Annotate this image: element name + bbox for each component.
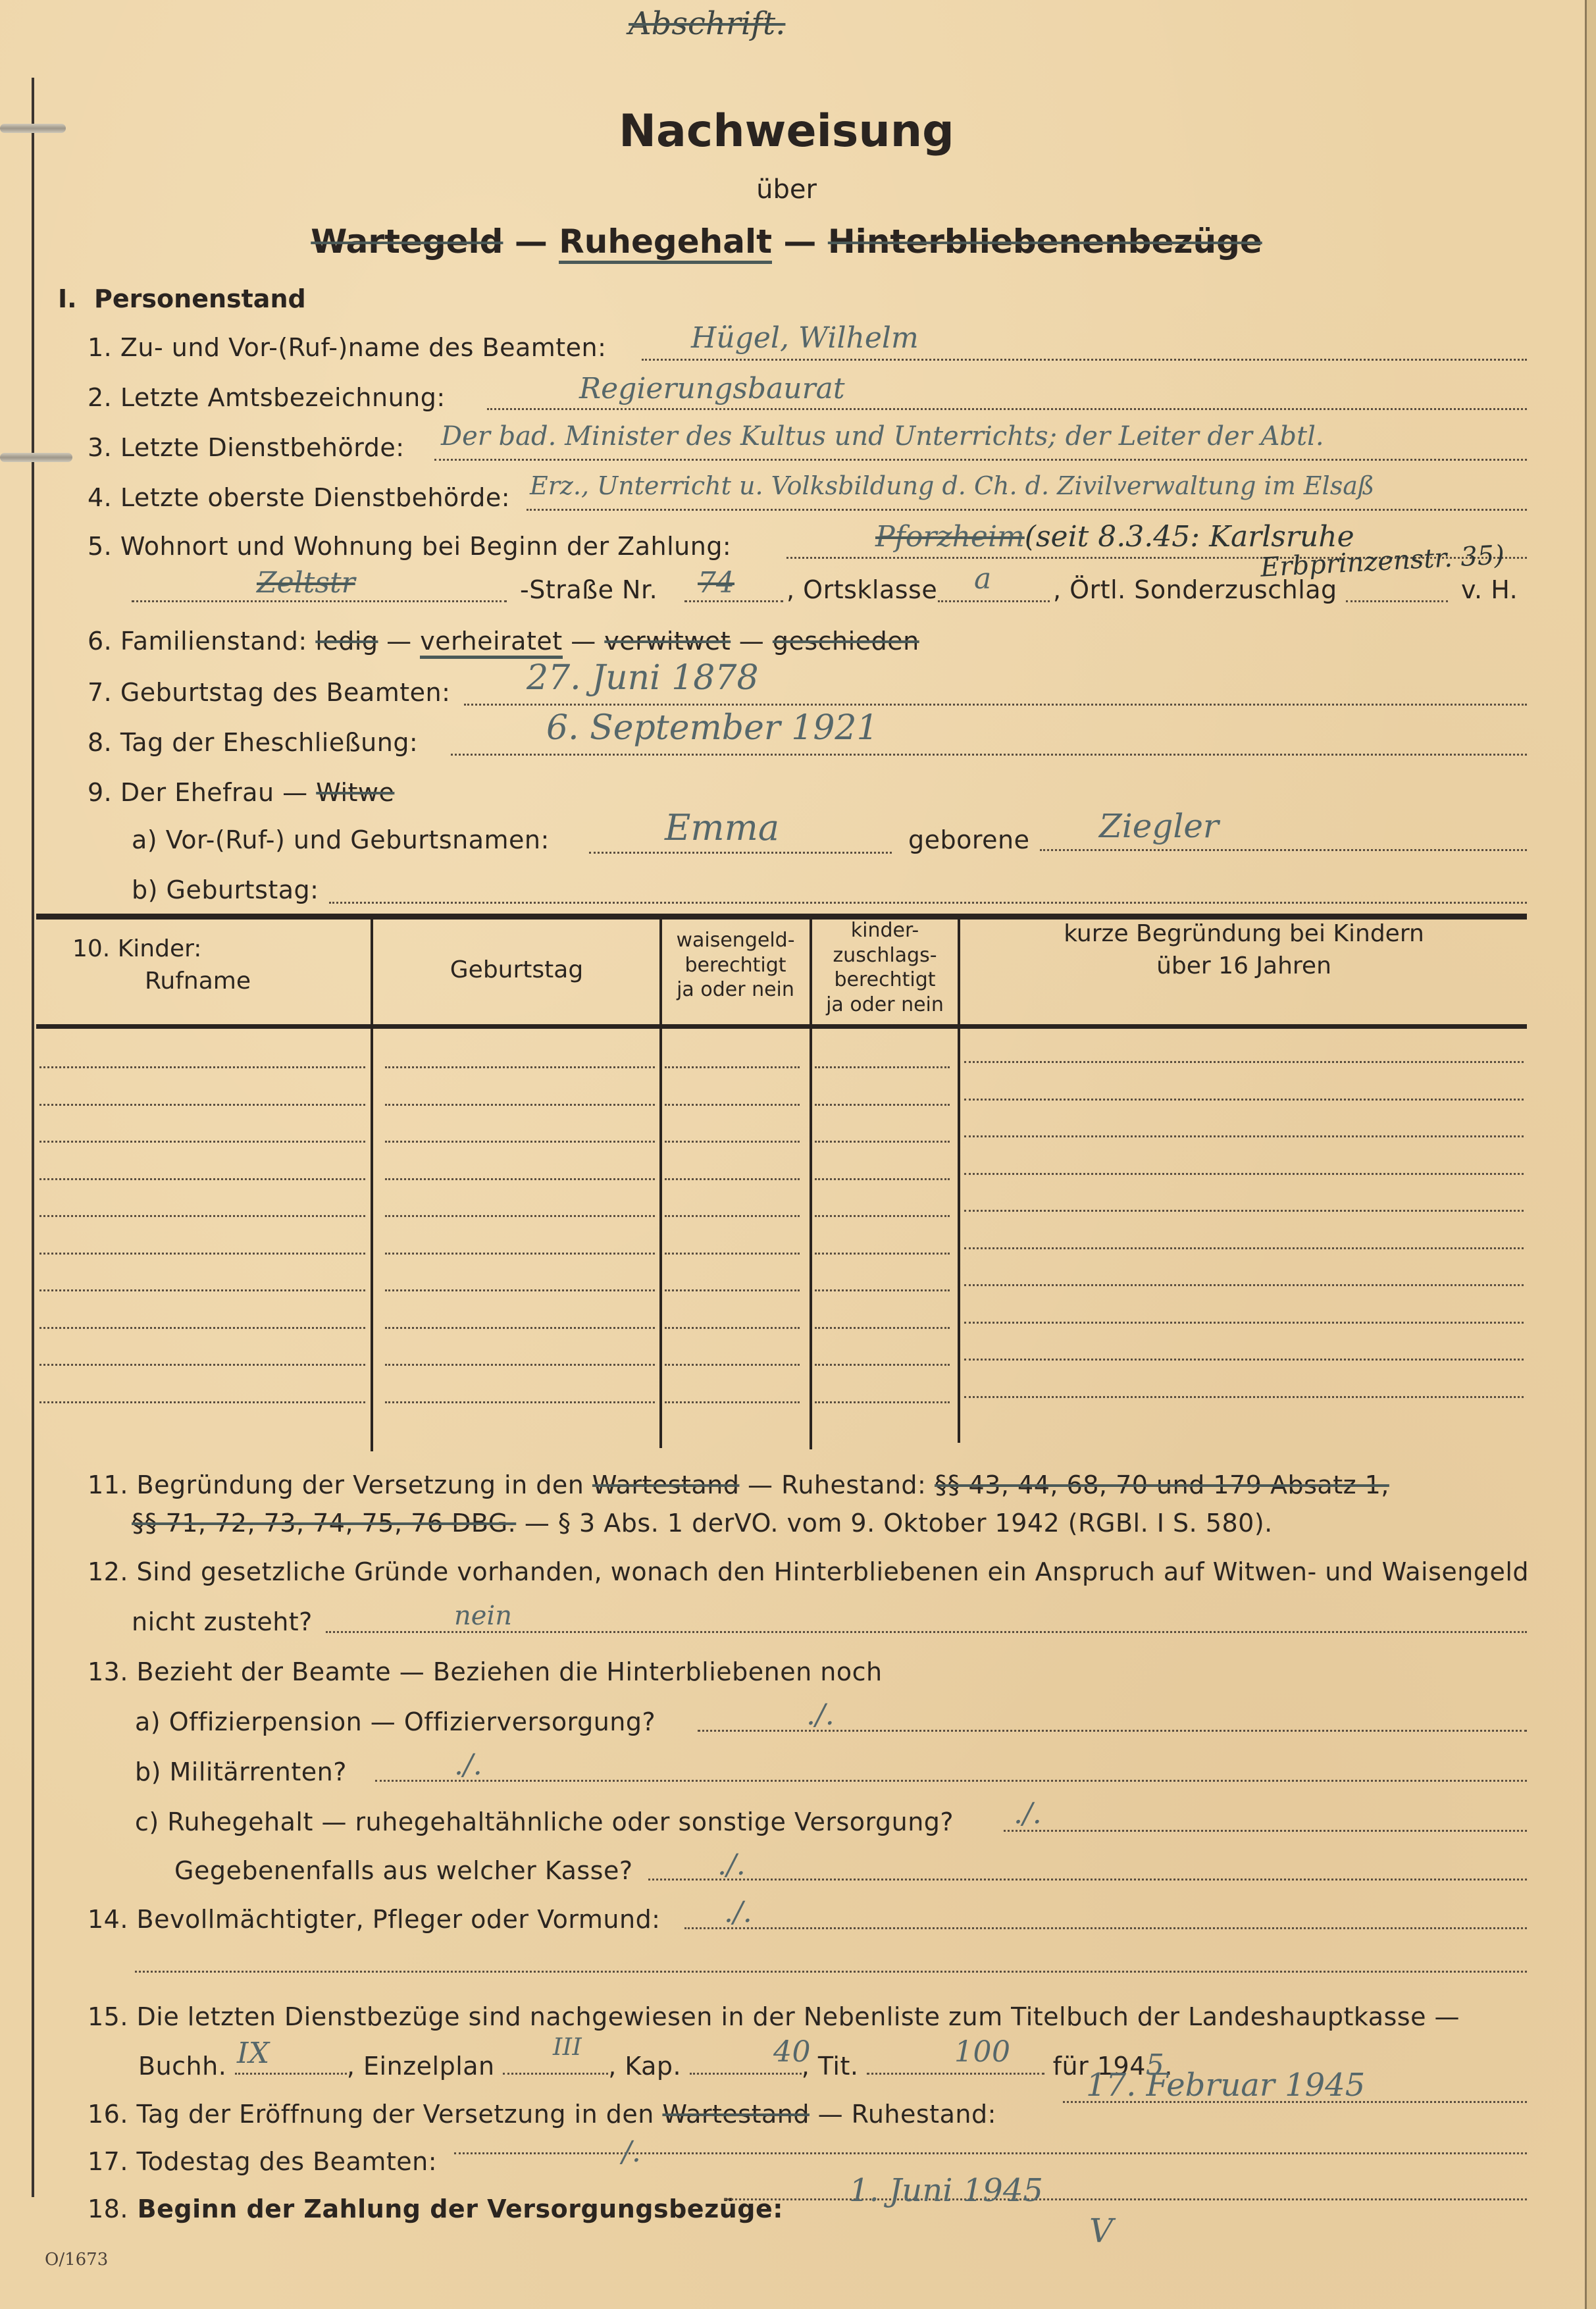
field-14-line2 <box>135 1971 1527 1973</box>
kinder-cell[interactable] <box>665 1104 800 1106</box>
tit-value[interactable]: 100 <box>954 2035 1010 2069</box>
field-12-text2: nicht zusteht? <box>132 1607 313 1636</box>
header-kinderzuschlag: kinder-zuschlags-berechtigtja oder nein <box>811 918 959 1017</box>
kinder-cell[interactable] <box>39 1364 365 1366</box>
field-13d-value[interactable]: ./. <box>717 1848 746 1882</box>
kinder-cell[interactable] <box>964 1135 1524 1137</box>
crossed-note: Abschrift. <box>629 5 785 42</box>
field-13c-label: c) Ruhegehalt — ruhegehaltähnliche oder … <box>135 1807 954 1836</box>
street-no-line <box>684 600 783 602</box>
field-11-line1: 11. Begründung der Versetzung in den War… <box>88 1470 1389 1499</box>
kinder-cell[interactable] <box>964 1099 1524 1101</box>
field-17-line <box>454 2152 1527 2154</box>
field-13b-value[interactable]: ./. <box>454 1748 482 1782</box>
header-rufname: 10. Kinder:Rufname <box>72 933 270 997</box>
kinder-cell[interactable] <box>964 1396 1524 1398</box>
kinder-cell[interactable] <box>385 1364 655 1366</box>
ortsklasse-line <box>938 600 1050 602</box>
field-5-value[interactable]: Pforzheim(seit 8.3.45: Karlsruhe <box>875 520 1354 554</box>
kinder-cell[interactable] <box>665 1253 800 1255</box>
form-number: O/1673 <box>45 2250 108 2270</box>
familienstand-verwitwet[interactable]: verwitwet <box>604 627 731 656</box>
kinder-cell[interactable] <box>815 1215 950 1217</box>
page-edge-line <box>1585 0 1587 2309</box>
field-13d-label: Gegebenenfalls aus welcher Kasse? <box>174 1856 633 1885</box>
field-8-line <box>451 754 1527 756</box>
kinder-cell[interactable] <box>815 1104 950 1106</box>
kinder-cell[interactable] <box>964 1247 1524 1249</box>
sonderzuschlag-label: , Örtl. Sonderzuschlag <box>1053 575 1337 604</box>
binding-string-bottom <box>0 453 72 462</box>
section-heading: I. Personenstand <box>58 284 306 313</box>
kinder-cell[interactable] <box>815 1141 950 1143</box>
kinder-cell[interactable] <box>385 1401 655 1403</box>
field-13d-line <box>648 1879 1527 1881</box>
kinder-cell[interactable] <box>964 1173 1524 1175</box>
kinder-cell[interactable] <box>665 1401 800 1403</box>
kinder-cell[interactable] <box>385 1104 655 1106</box>
field-12-line <box>326 1631 1527 1633</box>
field-3-line <box>434 459 1527 461</box>
kinder-cell[interactable] <box>665 1178 800 1180</box>
familienstand-geschieden[interactable]: geschieden <box>773 627 919 656</box>
kinder-cell[interactable] <box>964 1322 1524 1324</box>
street-line <box>132 600 507 602</box>
kinder-cell[interactable] <box>385 1178 655 1180</box>
field-16-value[interactable]: 17. Februar 1945 <box>1086 2067 1365 2104</box>
field-12-text: 12. Sind gesetzliche Gründe vorhanden, w… <box>88 1557 1529 1586</box>
field-8-value[interactable]: 6. September 1921 <box>546 708 879 748</box>
field-4-line <box>527 509 1527 511</box>
page-subtitle: über <box>0 174 1573 205</box>
field-3-label: 3. Letzte Dienstbehörde: <box>88 433 405 462</box>
field-13c-line <box>1004 1830 1527 1832</box>
kinder-cell[interactable] <box>385 1327 655 1329</box>
kinder-cell[interactable] <box>815 1066 950 1068</box>
geborene-value[interactable]: Ziegler <box>1099 807 1219 845</box>
type-wartegeld: Wartegeld <box>311 222 503 261</box>
kinder-cell[interactable] <box>665 1327 800 1329</box>
pension-type-line: Wartegeld — Ruhegehalt — Hinterbliebenen… <box>0 222 1573 261</box>
field-13c-value[interactable]: ./. <box>1014 1797 1042 1830</box>
field-8-label: 8. Tag der Eheschließung: <box>88 728 418 757</box>
field-6: 6. Familienstand: ledig — verheiratet — … <box>88 627 919 656</box>
kinder-cell[interactable] <box>385 1141 655 1143</box>
page-title: Nachweisung <box>0 105 1573 157</box>
header-waisengeld: waisengeld-berechtigtja oder nein <box>661 928 810 1002</box>
field-13a-value[interactable]: ./. <box>806 1698 835 1732</box>
ortsklasse-value[interactable]: a <box>974 562 991 596</box>
familienstand-ledig[interactable]: ledig <box>315 627 378 656</box>
kinder-cell[interactable] <box>385 1215 655 1217</box>
field-18-line <box>724 2198 1527 2200</box>
field-7-line <box>464 704 1527 706</box>
field-13b-line <box>375 1780 1527 1782</box>
field-18-label: 18. Beginn der Zahlung der Versorgungsbe… <box>88 2194 783 2223</box>
field-2-label: 2. Letzte Amtsbezeichnung: <box>88 383 446 412</box>
field-1-value[interactable]: Hügel, Wilhelm <box>691 321 919 355</box>
type-hinterbliebenenbezuege: Hinterbliebenenbezüge <box>828 222 1262 261</box>
kinder-cell[interactable] <box>815 1178 950 1180</box>
field-7-label: 7. Geburtstag des Beamten: <box>88 678 450 707</box>
kinder-cell[interactable] <box>39 1401 365 1403</box>
kinder-cell[interactable] <box>964 1061 1524 1063</box>
kinder-cell[interactable] <box>39 1327 365 1329</box>
field-5-label: 5. Wohnort und Wohnung bei Beginn der Za… <box>88 532 731 561</box>
ortsklasse-label: , Ortsklasse <box>786 575 937 604</box>
field-9b-label: b) Geburtstag: <box>132 875 319 904</box>
kinder-cell[interactable] <box>385 1253 655 1255</box>
field-13-text: 13. Bezieht der Beamte — Beziehen die Hi… <box>88 1657 883 1686</box>
field-9a-line <box>589 852 892 854</box>
field-9-label: 9. Der Ehefrau — Witwe <box>88 778 394 807</box>
einzelplan-value[interactable]: III <box>553 2034 582 2061</box>
field-13a-label: a) Offizierpension — Offizierversorgung? <box>135 1707 656 1736</box>
street-name[interactable]: Zeltstr <box>257 566 355 600</box>
field-12-value[interactable]: nein <box>454 1601 512 1631</box>
sonderzuschlag-line <box>1346 600 1448 602</box>
field-1-line <box>642 359 1527 361</box>
kinder-cell[interactable] <box>39 1104 365 1106</box>
field-13b-label: b) Militärrenten? <box>135 1757 347 1786</box>
geborene-line <box>1040 849 1527 851</box>
field-9a-label: a) Vor-(Ruf-) und Geburtsnamen: <box>132 825 550 854</box>
kinder-cell[interactable] <box>39 1178 365 1180</box>
field-2-line <box>487 408 1527 410</box>
field-4-label: 4. Letzte oberste Dienstbehörde: <box>88 483 510 512</box>
kinder-cell[interactable] <box>665 1364 800 1366</box>
field-18-value[interactable]: 1. Juni 1945 <box>849 2172 1043 2209</box>
field-14-line <box>684 1927 1527 1929</box>
binder-margin-line <box>32 78 34 2197</box>
kinder-cell[interactable] <box>964 1284 1524 1286</box>
kinder-cell[interactable] <box>385 1066 655 1068</box>
field-14-label: 14. Bevollmächtigter, Pfleger oder Vormu… <box>88 1905 661 1934</box>
kinder-cell[interactable] <box>815 1253 950 1255</box>
kinder-cell[interactable] <box>665 1066 800 1068</box>
field-9a-value[interactable]: Emma <box>665 807 779 848</box>
street-number[interactable]: 74 <box>698 566 734 600</box>
geborene-label: geborene <box>908 825 1030 854</box>
vh-label: v. H. <box>1461 575 1518 604</box>
kinder-cell[interactable] <box>665 1289 800 1291</box>
kinder-cell[interactable] <box>665 1215 800 1217</box>
kinder-cell[interactable] <box>385 1289 655 1291</box>
kinder-cell[interactable] <box>815 1364 950 1366</box>
street-suffix-label: -Straße Nr. <box>520 575 657 604</box>
field-1-label: 1. Zu- und Vor-(Ruf-)name des Beamten: <box>88 333 606 362</box>
field-15-line2: Buchh. IX , Einzelplan III , Kap. 40 , T… <box>138 2048 1173 2082</box>
field-7-value[interactable]: 27. Juni 1878 <box>527 658 759 698</box>
field-17-label: 17. Todestag des Beamten: <box>88 2147 437 2176</box>
page-edge <box>1587 0 1596 2309</box>
check-mark: V <box>1089 2212 1113 2250</box>
kinder-cell[interactable] <box>39 1215 365 1217</box>
kinder-cell[interactable] <box>815 1327 950 1329</box>
buchh-value[interactable]: IX <box>237 2037 270 2070</box>
field-4-value[interactable]: Erz., Unterricht u. Volksbildung d. Ch. … <box>530 471 1374 500</box>
kinder-cell[interactable] <box>964 1210 1524 1212</box>
kinder-cell[interactable] <box>964 1359 1524 1361</box>
header-begruendung: kurze Begründung bei Kindernüber 16 Jahr… <box>961 918 1527 982</box>
kinder-cell[interactable] <box>39 1141 365 1143</box>
field-3-value[interactable]: Der bad. Minister des Kultus und Unterri… <box>441 421 1324 452</box>
field-9b-line <box>329 902 1527 904</box>
field-17-value[interactable]: /. <box>622 2135 641 2169</box>
field-11-line2: §§ 71, 72, 73, 74, 75, 76 DBG. — § 3 Abs… <box>132 1509 1273 1538</box>
kinder-cell[interactable] <box>815 1401 950 1403</box>
familienstand-verheiratet[interactable]: verheiratet <box>420 627 562 659</box>
kinder-cell[interactable] <box>39 1066 365 1068</box>
kinder-cell[interactable] <box>815 1289 950 1291</box>
header-geburtstag: Geburtstag <box>372 954 661 987</box>
kinder-cell[interactable] <box>665 1141 800 1143</box>
field-16-label: 16. Tag der Eröffnung der Versetzung in … <box>88 2100 996 2129</box>
field-15-text: 15. Die letzten Dienstbezüge sind nachge… <box>88 2002 1460 2031</box>
type-ruhegehalt: Ruhegehalt <box>559 222 772 264</box>
kap-value[interactable]: 40 <box>773 2035 811 2069</box>
field-14-value[interactable]: ./. <box>724 1896 752 1929</box>
field-2-value[interactable]: Regierungsbaurat <box>579 372 845 405</box>
kinder-cell[interactable] <box>39 1253 365 1255</box>
kinder-cell[interactable] <box>39 1289 365 1291</box>
